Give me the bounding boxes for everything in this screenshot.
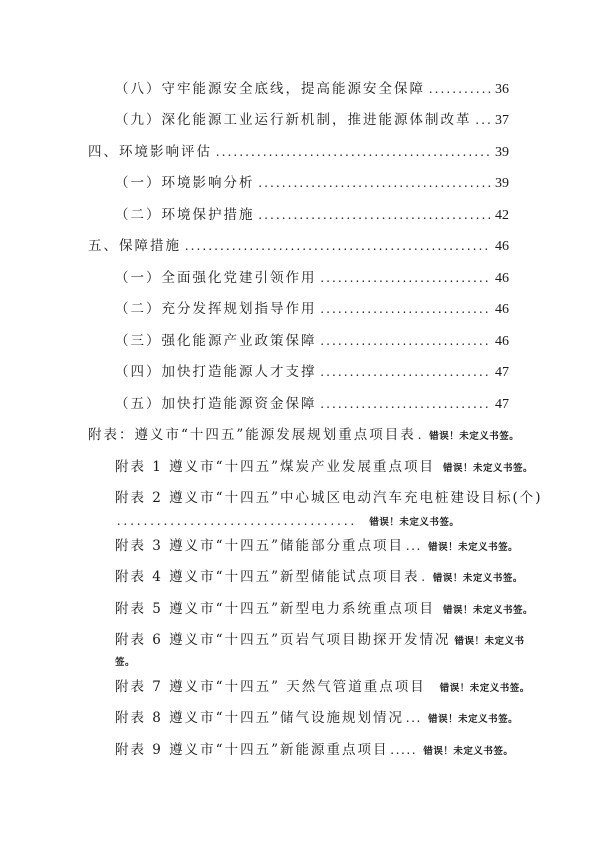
- toc-leader-dots: .: [421, 569, 426, 584]
- toc-entry[interactable]: （二）环境保护措施 42: [115, 205, 509, 225]
- toc-page-number: 47: [495, 395, 509, 415]
- bookmark-error-text: 错误！未定义书签。: [423, 746, 513, 757]
- toc-leader-dots: [321, 299, 492, 319]
- appendix-entry[interactable]: 附表 7 遵义市“十四五” 天然气管道重点项目错误！未定义书签。: [115, 677, 530, 699]
- appendix-entry[interactable]: 附表 5 遵义市“十四五”新型电力系统重点项目错误！未定义书签。: [115, 599, 533, 621]
- toc-leader-dots: [321, 268, 492, 288]
- toc-entry-title: （一）环境影响分析: [115, 173, 255, 193]
- toc-leader-dots: .....: [390, 742, 417, 757]
- toc-entry-title: 四、环境影响评估: [88, 142, 212, 162]
- toc-entry[interactable]: （一）环境影响分析 39: [115, 173, 509, 193]
- toc-page-number: 46: [495, 332, 509, 352]
- appendix-entry-wrap: ....................................错误！未…: [115, 511, 459, 533]
- toc-entry-title: （一）全面强化党建引领作用: [115, 268, 317, 288]
- toc-page-number: 46: [495, 237, 509, 257]
- toc-page-number: 46: [495, 300, 509, 320]
- toc-entry-title: 五、保障措施: [88, 236, 181, 256]
- toc-entry-title: （二）环境保护措施: [115, 205, 255, 225]
- toc-page-number: 47: [495, 363, 509, 383]
- toc-entry[interactable]: （三）强化能源产业政策保障 46: [115, 331, 509, 351]
- bookmark-error-text: 错误！未定义书签。: [428, 714, 518, 725]
- toc-leader-dots: [259, 205, 492, 225]
- appendix-entry-main[interactable]: 附表：遵义市“十四五”能源发展规划重点项目表.错误！未定义书签。: [88, 425, 519, 447]
- appendix-title: 附表 4 遵义市“十四五”新型储能试点项目表: [115, 569, 419, 585]
- bookmark-error-text: 错误！未定义书签。: [428, 542, 518, 553]
- bookmark-error-text: 错误！未定义书签。: [440, 683, 530, 694]
- appendix-title: 附表：遵义市“十四五”能源发展规划重点项目表: [88, 427, 416, 443]
- appendix-entry[interactable]: 附表 4 遵义市“十四五”新型储能试点项目表.错误！未定义书签。: [115, 567, 523, 589]
- appendix-entry[interactable]: 附表 1 遵义市“十四五”煤炭产业发展重点项目错误！未定义书签。: [115, 457, 533, 479]
- bookmark-error-text: 错误！未定义书签。: [443, 463, 533, 474]
- toc-entry[interactable]: （二）充分发挥规划指导作用 46: [115, 299, 509, 319]
- toc-entry-title: （九）深化能源工业运行新机制，推进能源体制改革: [115, 110, 472, 130]
- toc-entry-title: （八）守牢能源安全底线，提高能源安全保障: [115, 79, 425, 99]
- toc-page-number: 39: [495, 174, 509, 194]
- toc-page-number: 42: [495, 206, 509, 226]
- toc-page-number: 36: [495, 80, 509, 100]
- appendix-title: 附表 1 遵义市“十四五”煤炭产业发展重点项目: [115, 459, 435, 475]
- appendix-entry[interactable]: 附表 2 遵义市“十四五”中心城区电动汽车充电桩建设目标(个): [115, 488, 543, 508]
- appendix-entry[interactable]: 附表 9 遵义市“十四五”新能源重点项目.....错误！未定义书签。: [115, 740, 513, 762]
- toc-entry[interactable]: 四、环境影响评估 39: [88, 142, 509, 162]
- toc-leader-dots: ...: [406, 538, 422, 553]
- toc-leader-dots: ...: [406, 710, 422, 725]
- appendix-title: 附表 6 遵义市“十四五”页岩气项目勘探开发情况: [115, 632, 450, 648]
- toc-page-number: 37: [495, 111, 509, 131]
- toc-entry-title: （二）充分发挥规划指导作用: [115, 299, 317, 319]
- appendix-title: 附表 7 遵义市“十四五” 天然气管道重点项目: [115, 679, 426, 695]
- toc-entry[interactable]: （九）深化能源工业运行新机制，推进能源体制改革 37: [115, 110, 509, 130]
- appendix-entry[interactable]: 附表 6 遵义市“十四五”页岩气项目勘探开发情况错误！未定义书: [115, 630, 525, 652]
- appendix-entry[interactable]: 附表 3 遵义市“十四五”储能部分重点项目...错误！未定义书签。: [115, 536, 518, 558]
- bookmark-error-text: 错误！未定义书签。: [443, 605, 533, 616]
- toc-page-number: 46: [495, 269, 509, 289]
- bookmark-error-text: 签。: [115, 657, 135, 668]
- toc-entry[interactable]: （八）守牢能源安全底线，提高能源安全保障 36: [115, 79, 509, 99]
- appendix-title: 附表 5 遵义市“十四五”新型电力系统重点项目: [115, 601, 435, 617]
- toc-entry-title: （五）加快打造能源资金保障: [115, 394, 317, 414]
- bookmark-error-text: 错误！未定义书: [454, 636, 524, 647]
- toc-leader-dots: [216, 142, 491, 162]
- toc-leader-dots: [476, 110, 492, 130]
- bookmark-error-text: 错误！未定义书签。: [429, 431, 519, 442]
- appendix-title: 附表 3 遵义市“十四五”储能部分重点项目: [115, 538, 404, 554]
- toc-leader-dots: [259, 173, 492, 193]
- toc-leader-dots: [321, 394, 492, 414]
- toc-entry[interactable]: 五、保障措施 46: [88, 236, 509, 256]
- toc-leader-dots: [185, 236, 491, 256]
- bookmark-error-text: 错误！未定义书签。: [369, 517, 459, 528]
- toc-leader-dots: [321, 362, 492, 382]
- toc-entry-title: （四）加快打造能源人才支撑: [115, 362, 317, 382]
- toc-leader-dots: [321, 331, 492, 351]
- toc-leader-dots: ....................................: [117, 513, 357, 528]
- toc-leader-dots: .: [418, 427, 423, 442]
- appendix-entry[interactable]: 附表 8 遵义市“十四五”储气设施规划情况...错误！未定义书签。: [115, 708, 518, 730]
- toc-entry[interactable]: （五）加快打造能源资金保障 47: [115, 394, 509, 414]
- appendix-entry-wrap: 签。: [115, 651, 135, 673]
- appendix-title: 附表 8 遵义市“十四五”储气设施规划情况: [115, 710, 404, 726]
- toc-entry-title: （三）强化能源产业政策保障: [115, 331, 317, 351]
- appendix-title: 附表 9 遵义市“十四五”新能源重点项目: [115, 742, 388, 758]
- toc-entry[interactable]: （一）全面强化党建引领作用 46: [115, 268, 509, 288]
- bookmark-error-text: 错误！未定义书签。: [433, 573, 523, 584]
- toc-leader-dots: [429, 79, 491, 99]
- toc-page-number: 39: [495, 143, 509, 163]
- toc-entry[interactable]: （四）加快打造能源人才支撑 47: [115, 362, 509, 382]
- appendix-title: 附表 2 遵义市“十四五”中心城区电动汽车充电桩建设目标(个): [115, 490, 543, 506]
